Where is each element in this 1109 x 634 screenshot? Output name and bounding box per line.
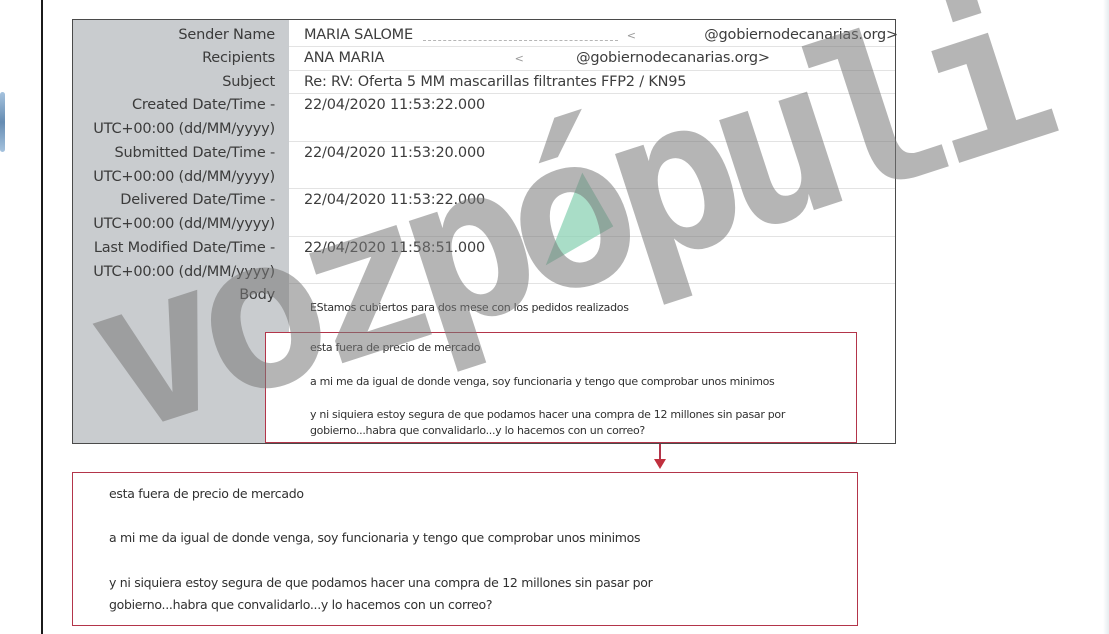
row-delivered: Delivered Date/Time - UTC+00:00 (dd/MM/y…: [73, 189, 895, 237]
address-open: <: [515, 52, 524, 65]
field-label: Created Date/Time -: [73, 94, 275, 117]
row-sender-name: Sender Name MARIA SALOME < @gobiernodeca…: [73, 24, 895, 47]
submitted-value: 22/04/2020 11:53:20.000: [289, 142, 895, 189]
scan-shadow: [1103, 0, 1109, 634]
recipient-name: ANA MARIA: [304, 50, 384, 66]
row-subject: Subject Re: RV: Oferta 5 MM mascarillas …: [73, 71, 895, 94]
quote-line: a mi me da igual de donde venga, soy fun…: [109, 530, 640, 545]
row-last-modified: Last Modified Date/Time - UTC+00:00 (dd/…: [73, 237, 895, 284]
sender-name: MARIA SALOME: [304, 27, 413, 43]
sender-value: MARIA SALOME < @gobiernodecanarias.org>: [289, 24, 895, 47]
quote-line: esta fuera de precio de mercado: [109, 486, 304, 501]
quote-line: y ni siquiera estoy segura de que podamo…: [109, 575, 652, 590]
field-label: Sender Name: [73, 24, 275, 47]
row-created: Created Date/Time - UTC+00:00 (dd/MM/yyy…: [73, 94, 895, 142]
field-label: Recipients: [73, 47, 275, 70]
field-label: Submitted Date/Time -: [73, 142, 275, 165]
scan-smudge: [0, 92, 5, 152]
highlight-line: gobierno...habra que convalidarlo...y lo…: [310, 424, 645, 437]
redacted-surname: [423, 30, 618, 41]
last-modified-value: 22/04/2020 11:58:51.000: [289, 237, 895, 284]
row-recipients: Recipients ANA MARIA < @gobiernodecanari…: [73, 47, 895, 71]
field-label: Delivered Date/Time -: [73, 189, 275, 212]
row-submitted: Submitted Date/Time - UTC+00:00 (dd/MM/y…: [73, 142, 895, 189]
subject-value: Re: RV: Oferta 5 MM mascarillas filtrant…: [289, 71, 895, 94]
recipients-value: ANA MARIA < @gobiernodecanarias.org>: [289, 47, 895, 71]
sender-domain: @gobiernodecanarias.org>: [704, 27, 898, 43]
body-intro-text: EStamos cubiertos para dos mese con los …: [310, 301, 629, 314]
field-label-tz: UTC+00:00 (dd/MM/yyyy): [73, 261, 275, 284]
highlight-line: esta fuera de precio de mercado: [310, 341, 480, 354]
field-label: Last Modified Date/Time -: [73, 237, 275, 260]
page-edge-line: [41, 0, 43, 634]
created-value: 22/04/2020 11:53:22.000: [289, 94, 895, 142]
enlarged-quote-box: esta fuera de precio de mercado a mi me …: [72, 472, 858, 626]
field-label: Body: [73, 284, 275, 307]
field-label-tz: UTC+00:00 (dd/MM/yyyy): [73, 213, 275, 236]
recipient-domain: @gobiernodecanarias.org>: [576, 50, 770, 66]
field-label-tz: UTC+00:00 (dd/MM/yyyy): [73, 166, 275, 189]
highlight-box: esta fuera de precio de mercado a mi me …: [265, 332, 857, 443]
highlight-line: y ni siquiera estoy segura de que podamo…: [310, 408, 785, 421]
quote-line: gobierno...habra que convalidarlo...y lo…: [109, 597, 492, 612]
arrow-head-icon: [654, 459, 666, 469]
field-label-tz: UTC+00:00 (dd/MM/yyyy): [73, 118, 275, 141]
address-open: <: [627, 29, 636, 42]
delivered-value: 22/04/2020 11:53:22.000: [289, 189, 895, 237]
highlight-line: a mi me da igual de donde venga, soy fun…: [310, 375, 775, 388]
field-label: Subject: [73, 71, 275, 94]
